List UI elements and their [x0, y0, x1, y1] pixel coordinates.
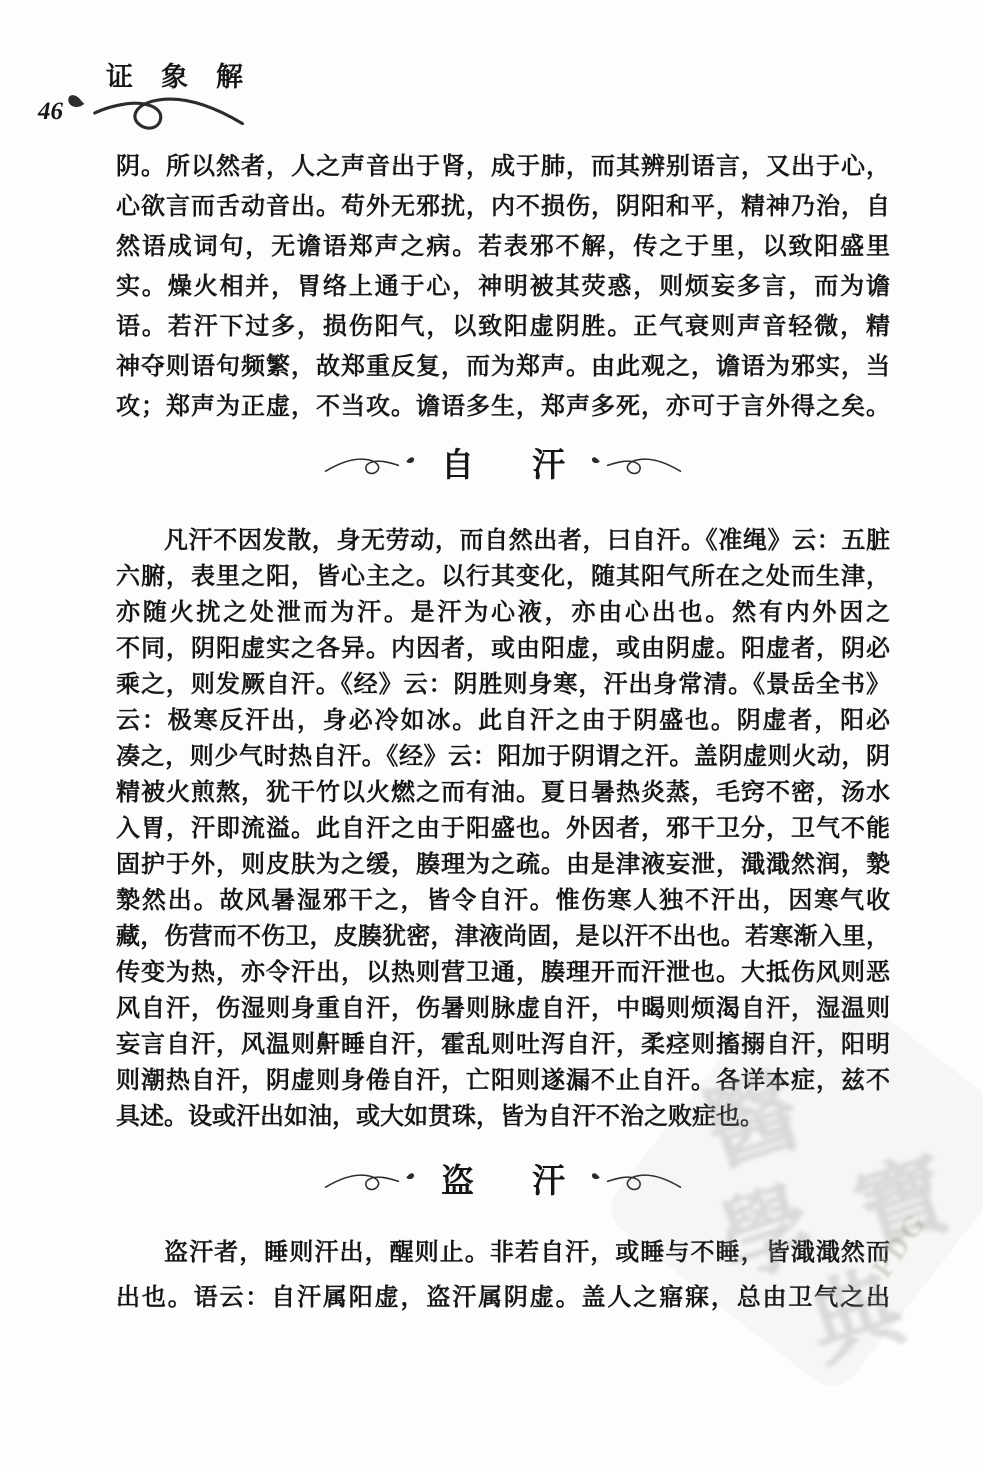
text-line: 凡汗不因发散，身无劳动，而自然出者，曰自汗。《准绳》云：五脏	[116, 523, 890, 559]
book-page: 证象解 46 阴。所以然者，人之声音出于肾，成于肺，而其辨别语言，又出于心，心欲…	[0, 0, 983, 1470]
text-line: 不同，阴阳虚实之各异。内因者，或由阳虚，或由阴虚。阳虚者，阴必	[116, 631, 890, 667]
text-line: 凑之，则少气时热自汗。《经》云：阳加于阴谓之汗。盖阴虚则火动，阴	[116, 739, 890, 775]
text-line: 精被火煎熬，犹干竹以火燃之而有油。夏日暑热炎蒸，毛窍不密，汤水	[116, 775, 890, 811]
text-line: 固护于外，则皮肤为之缓，腠理为之疏。由是津液妄泄，濈濈然润，漐	[116, 847, 890, 883]
section-title-char: 盗	[441, 1166, 474, 1199]
paragraph-zihan: 凡汗不因发散，身无劳动，而自然出者，曰自汗。《准绳》云：五脏六腑，表里之阳，皆心…	[116, 523, 890, 1135]
text-line: 传变为热，亦令汗出，以热则营卫通，腠理开而汗泄也。大抵伤风则恶	[116, 955, 890, 991]
page-header: 证象解 46	[0, 0, 983, 147]
flourish-left-icon	[323, 446, 427, 486]
section-heading-zihan: 自 汗	[116, 435, 890, 497]
text-line: 云：极寒反汗出，身必冷如冰。此自汗之由于阴盛也。阴虚者，阳必	[116, 703, 890, 739]
text-line: 漐然出。故风暑湿邪干之，皆令自汗。惟伤寒人独不汗出，因寒气收	[116, 883, 890, 919]
paragraph-daohan: 盗汗者，睡则汗出，醒则止。非若自汗，或睡与不睡，皆濈濈然而出也。语云：自汗属阳虚…	[116, 1231, 890, 1321]
text-line: 实。燥火相并，胃络上通于心，神明被其荧惑，则烦妄多言，而为谵	[116, 267, 890, 307]
page-number: 46	[38, 98, 63, 126]
text-line: 盗汗者，睡则汗出，醒则止。非若自汗，或睡与不睡，皆濈濈然而	[116, 1231, 890, 1276]
text-line: 亦随火扰之处泄而为汗。是汗为心液，亦由心出也。然有内外因之	[116, 595, 890, 631]
page-body: 阴。所以然者，人之声音出于肾，成于肺，而其辨别语言，又出于心，心欲言而舌动音出。…	[116, 147, 890, 1321]
text-line: 风自汗，伤湿则身重自汗，伤暑则脉虚自汗，中暍则烦渴自汗，湿温则	[116, 991, 890, 1027]
text-line: 出也。语云：自汗属阳虚，盗汗属阴虚。盖人之寤寐，总由卫气之出	[116, 1276, 890, 1321]
header-flourish-icon	[40, 84, 255, 142]
text-line: 藏，伤营而不伤卫，皮腠犹密，津液尚固，是以汗不出也。若寒渐入里，	[116, 919, 890, 955]
text-line: 具述。设或汗出如油，或大如贯珠，皆为自汗不治之败症也。	[116, 1099, 890, 1135]
flourish-left-icon	[323, 1162, 427, 1202]
section-title-char: 汗	[532, 1166, 565, 1199]
text-line: 神夺则语句频繁，故郑重反复，而为郑声。由此观之，谵语为邪实，当	[116, 347, 890, 387]
section-title-char: 自	[441, 450, 474, 483]
text-line: 妄言自汗，风温则鼾睡自汗，霍乱则吐泻自汗，柔痉则搐搦自汗，阳明	[116, 1027, 890, 1063]
text-line: 乘之，则发厥自汗。《经》云：阴胜则身寒，汗出身常清。《景岳全书》	[116, 667, 890, 703]
text-line: 语。若汗下过多，损伤阳气，以致阳虚阴胜。正气衰则声音轻微，精	[116, 307, 890, 347]
paragraph-continuation: 阴。所以然者，人之声音出于肾，成于肺，而其辨别语言，又出于心，心欲言而舌动音出。…	[116, 147, 890, 427]
flourish-right-icon	[579, 446, 683, 486]
text-line: 入胃，汗即流溢。此自汗之由于阳盛也。外因者，邪干卫分，卫气不能	[116, 811, 890, 847]
text-line: 然语成词句，无谵语郑声之病。若表邪不解，传之于里，以致阳盛里	[116, 227, 890, 267]
text-line: 心欲言而舌动音出。苟外无邪扰，内不损伤，阴阳和平，精神乃治，自	[116, 187, 890, 227]
section-heading-daohan: 盗 汗	[116, 1151, 890, 1213]
text-line: 阴。所以然者，人之声音出于肾，成于肺，而其辨别语言，又出于心，	[116, 147, 890, 187]
text-line: 则潮热自汗，阴虚则身倦自汗，亡阳则遂漏不止自汗。各详本症，兹不	[116, 1063, 890, 1099]
text-line: 攻；郑声为正虚，不当攻。谵语多生，郑声多死，亦可于言外得之矣。	[116, 387, 890, 427]
text-line: 六腑，表里之阳，皆心主之。以行其变化，随其阳气所在之处而生津，	[116, 559, 890, 595]
flourish-right-icon	[579, 1162, 683, 1202]
section-title-char: 汗	[532, 450, 565, 483]
